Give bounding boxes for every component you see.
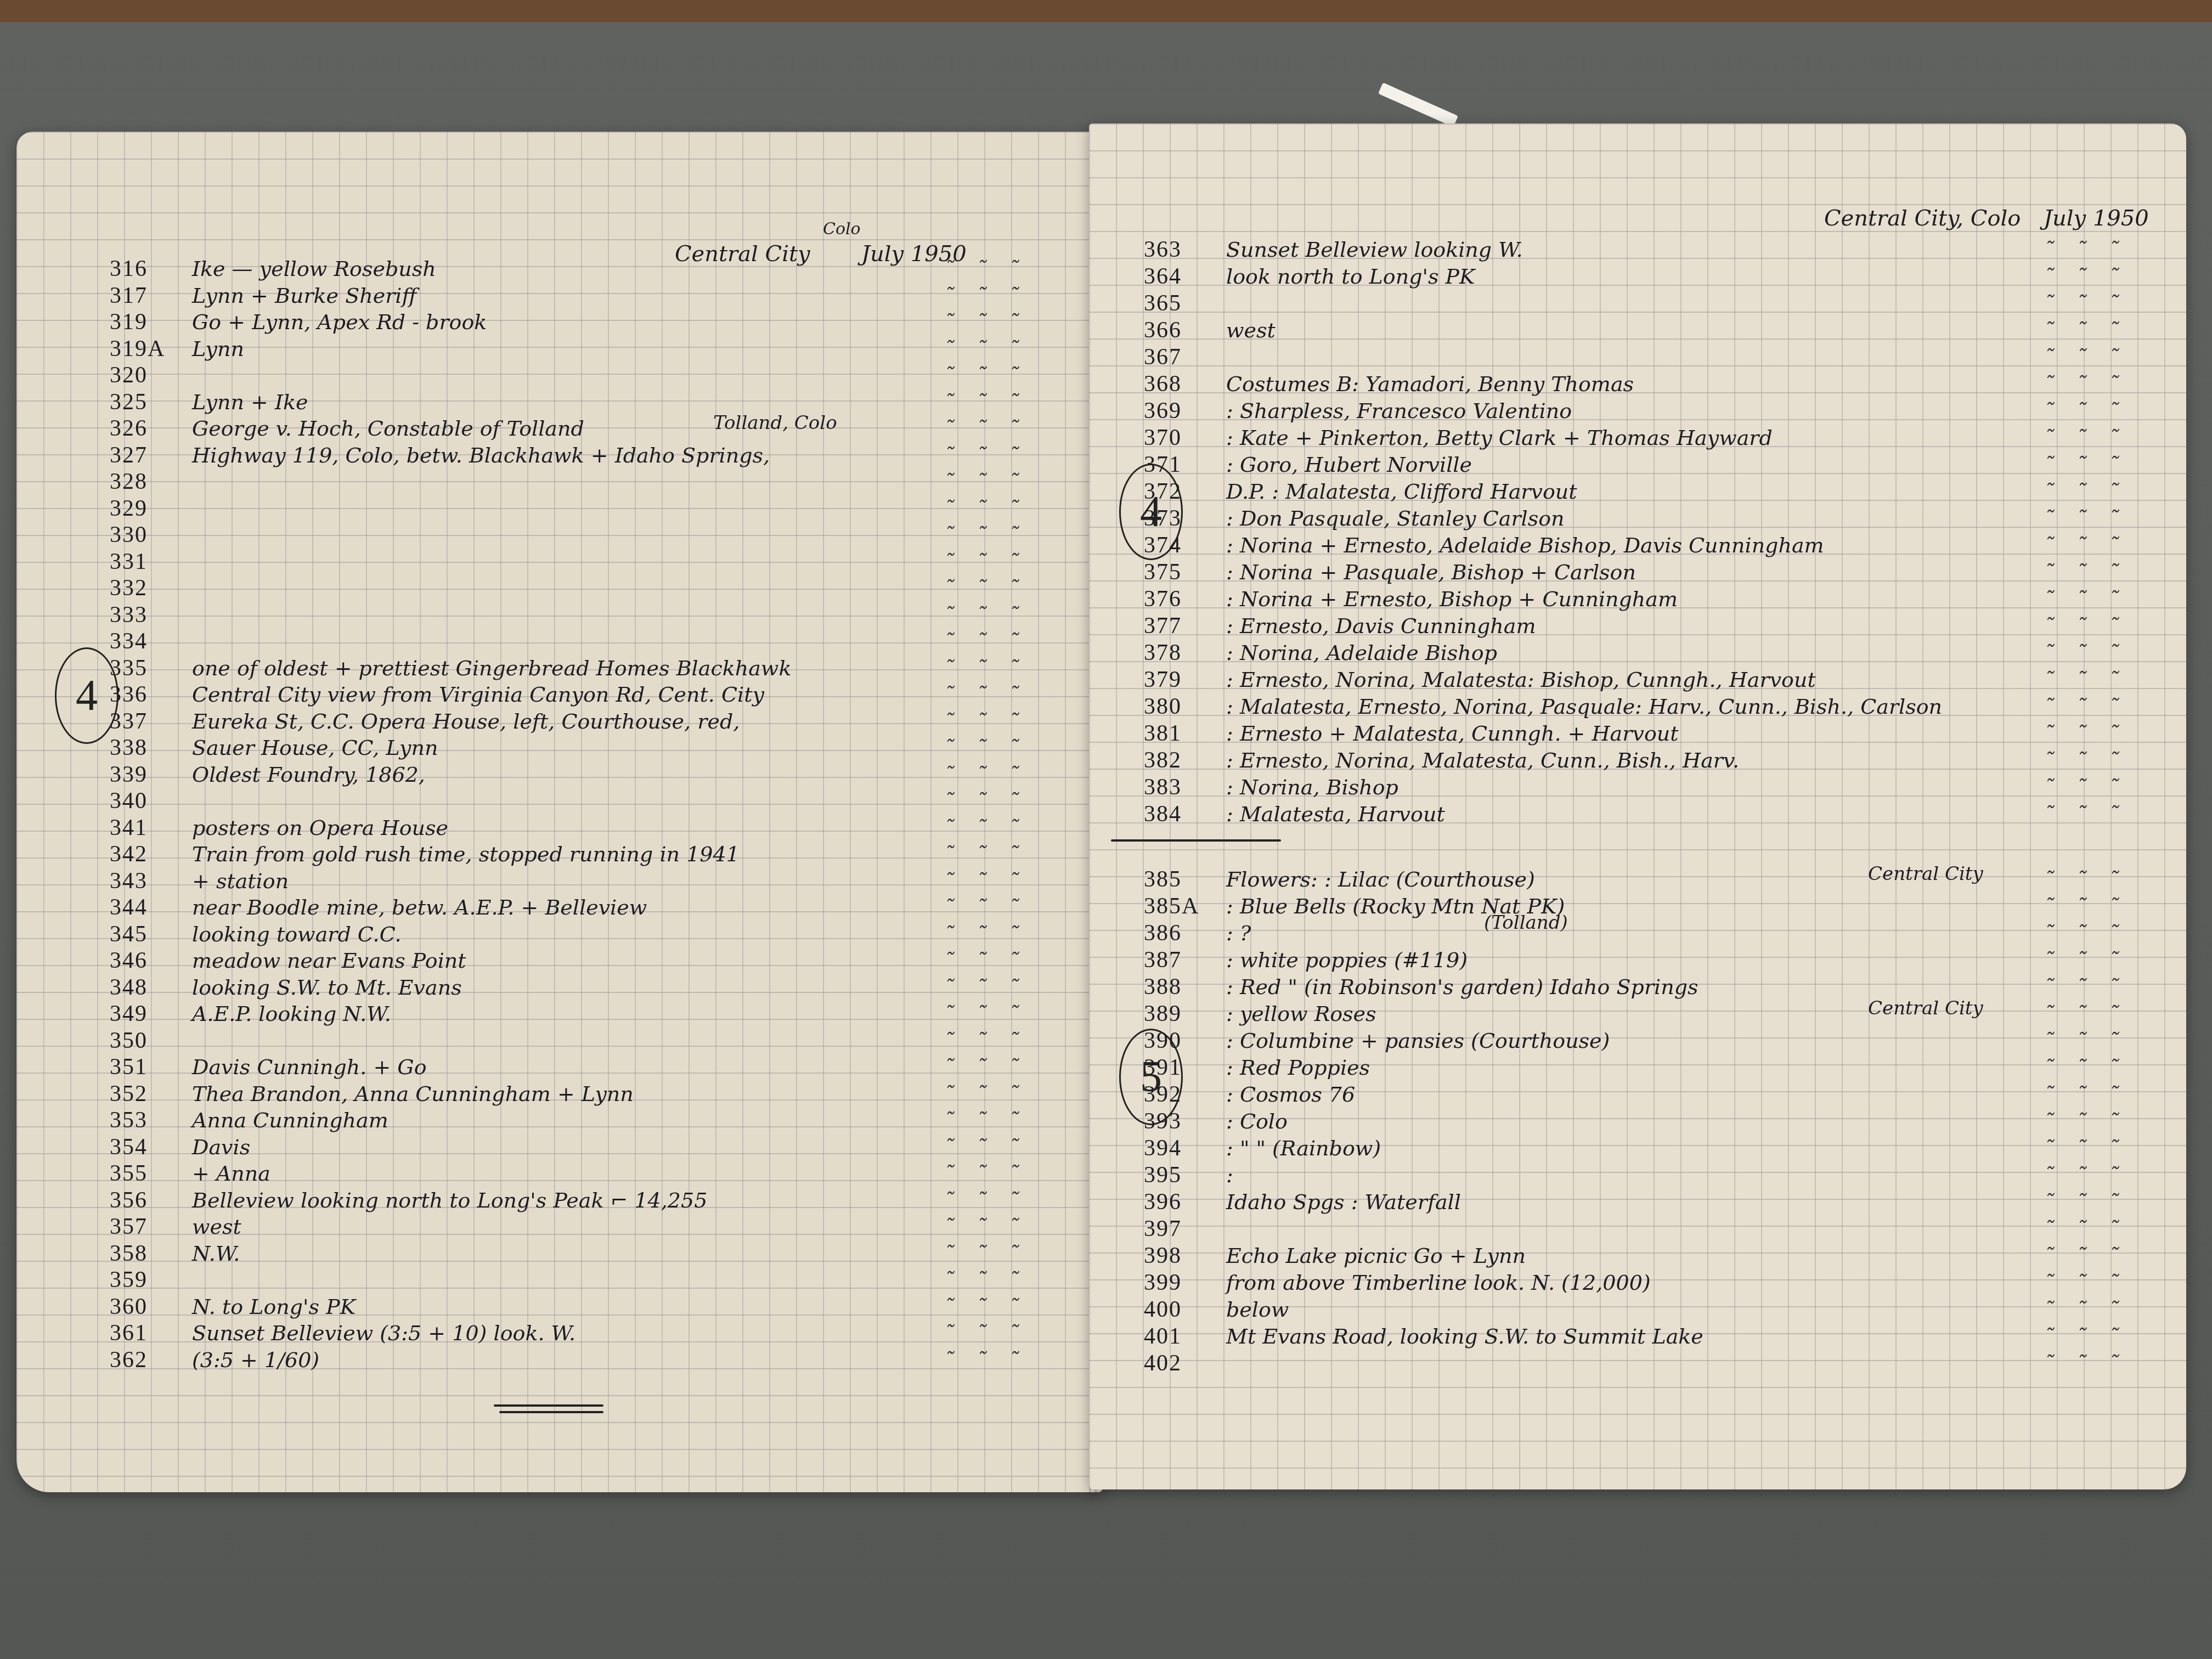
entry-description: : Ernesto + Malatesta, Cunngh. + Harvout xyxy=(1226,720,1679,747)
log-entry: 367˜˜˜ xyxy=(1144,343,2164,371)
entry-number: 356 xyxy=(110,1187,187,1214)
entry-number: 327 xyxy=(110,442,187,469)
entry-number: 364 xyxy=(1144,263,1221,290)
log-entry: 327Highway 119, Colo, betw. Blackhawk + … xyxy=(110,442,1086,469)
entry-description: Flowers: : Lilac (Courthouse) xyxy=(1226,866,1535,893)
ditto-marks: ˜˜˜ xyxy=(2044,800,2141,828)
log-entry: 348looking S.W. to Mt. Evans˜˜˜ xyxy=(110,974,1086,1001)
entry-location: Central City xyxy=(1868,860,1983,888)
entry-number: 386 xyxy=(1144,919,1221,947)
entry-number: 385A xyxy=(1144,893,1221,920)
entry-number: 376 xyxy=(1144,585,1221,613)
log-entry: 360N. to Long's PK˜˜˜ xyxy=(110,1293,1086,1321)
ditto-marks: ˜˜˜ xyxy=(2044,585,2141,613)
entry-number: 350 xyxy=(110,1027,187,1054)
entry-number: 344 xyxy=(110,894,187,921)
entry-description: + Anna xyxy=(192,1160,270,1187)
log-entry: 399from above Timberline look. N. (12,00… xyxy=(1144,1269,2164,1296)
ditto-marks: ˜˜˜ xyxy=(2044,1000,2141,1028)
entry-number: 360 xyxy=(110,1293,187,1321)
entry-description: : Malatesta, Ernesto, Norina, Pasquale: … xyxy=(1226,693,1942,720)
entry-description: Central City view from Virginia Canyon R… xyxy=(192,681,764,708)
ditto-marks: ˜˜˜ xyxy=(2044,397,2141,425)
ditto-marks: ˜˜˜ xyxy=(944,1027,1041,1054)
ditto-marks: ˜˜˜ xyxy=(2044,343,2141,371)
log-entry: 337Eureka St, C.C. Opera House, left, Co… xyxy=(110,708,1086,735)
entry-description: look north to Long's PK xyxy=(1226,263,1475,290)
entry-number: 391 xyxy=(1144,1054,1221,1081)
entry-number: 374 xyxy=(1144,532,1221,559)
entry-description: : Colo xyxy=(1226,1108,1288,1135)
double-underline xyxy=(494,1404,603,1407)
entry-number: 338 xyxy=(110,734,187,761)
log-entry: 383: Norina, Bishop˜˜˜ xyxy=(1144,774,2164,801)
entry-description: Ike — yellow Rosebush xyxy=(192,255,436,283)
wooden-edge xyxy=(0,0,2212,22)
ditto-marks: ˜˜˜ xyxy=(2044,1108,2141,1135)
entry-description: Lynn + Ike xyxy=(192,388,308,416)
ditto-marks: ˜˜˜ xyxy=(944,894,1041,921)
entry-number: 369 xyxy=(1144,397,1221,425)
ditto-marks: ˜˜˜ xyxy=(944,761,1041,788)
log-entry: 402˜˜˜ xyxy=(1144,1350,2164,1377)
entry-number: 380 xyxy=(1144,693,1221,720)
entry-description: : Ernesto, Norina, Malatesta, Cunn., Bis… xyxy=(1226,747,1739,774)
entry-description: meadow near Evans Point xyxy=(192,947,466,974)
entry-number: 354 xyxy=(110,1133,187,1161)
ditto-marks: ˜˜˜ xyxy=(944,947,1041,974)
entry-description: from above Timberline look. N. (12,000) xyxy=(1226,1269,1651,1296)
entry-number: 390 xyxy=(1144,1027,1221,1054)
entry-number: 384 xyxy=(1144,800,1221,828)
entry-description: A.E.P. looking N.W. xyxy=(192,1000,391,1028)
entry-number: 319 xyxy=(110,308,187,336)
entry-description: : yellow Roses xyxy=(1226,1000,1376,1028)
section-divider xyxy=(1111,839,1281,842)
entry-number: 382 xyxy=(1144,747,1221,774)
entry-number: 392 xyxy=(1144,1081,1221,1108)
entry-description: : Red Poppies xyxy=(1226,1054,1370,1081)
entry-number: 400 xyxy=(1144,1296,1221,1323)
log-entry: 395:˜˜˜ xyxy=(1144,1161,2164,1189)
entry-description: Idaho Spgs : Waterfall xyxy=(1226,1188,1461,1216)
margin-circle-4: 4 xyxy=(55,647,119,744)
entry-number: 355 xyxy=(110,1160,187,1187)
entry-number: 370 xyxy=(1144,424,1221,452)
log-entry: 400below˜˜˜ xyxy=(1144,1296,2164,1323)
log-entry: 373: Don Pasquale, Stanley Carlson˜˜˜ xyxy=(1144,505,2164,532)
entry-number: 383 xyxy=(1144,774,1221,801)
left-header-colo: Colo xyxy=(823,219,861,239)
ditto-marks: ˜˜˜ xyxy=(2044,370,2141,398)
ditto-marks: ˜˜˜ xyxy=(2044,639,2141,667)
ditto-marks: ˜˜˜ xyxy=(944,1346,1041,1374)
entry-number: 328 xyxy=(110,468,187,495)
entry-number: 326 xyxy=(110,415,187,442)
entry-description: : Norina, Bishop xyxy=(1226,774,1398,801)
log-entry: 342Train from gold rush time, stopped ru… xyxy=(110,840,1086,868)
log-entry: 377: Ernesto, Davis Cunningham˜˜˜ xyxy=(1144,612,2164,640)
entry-description: : Norina + Ernesto, Adelaide Bishop, Dav… xyxy=(1226,532,1824,559)
log-entry: 391: Red Poppies˜˜˜ xyxy=(1144,1054,2164,1081)
ditto-marks: ˜˜˜ xyxy=(944,255,1041,283)
log-entry: 316Ike — yellow Rosebush˜˜˜ xyxy=(110,255,1086,283)
log-entry: 372D.P. : Malatesta, Clifford Harvout˜˜˜ xyxy=(1144,478,2164,505)
ditto-marks: ˜˜˜ xyxy=(944,495,1041,522)
entry-description: looking toward C.C. xyxy=(192,921,401,948)
log-entry: 376: Norina + Ernesto, Bishop + Cunningh… xyxy=(1144,585,2164,613)
entry-description: west xyxy=(1226,317,1276,344)
log-entry: 387: white poppies (#119)˜˜˜ xyxy=(1144,946,2164,974)
ditto-marks: ˜˜˜ xyxy=(2044,1027,2141,1054)
entry-number: 393 xyxy=(1144,1108,1221,1135)
entry-description: : Sharpless, Francesco Valentino xyxy=(1226,397,1572,425)
entry-number: 363 xyxy=(1144,236,1221,263)
entry-description: Anna Cunningham xyxy=(192,1107,388,1134)
entry-number: 401 xyxy=(1144,1323,1221,1350)
entry-number: 375 xyxy=(1144,558,1221,586)
log-entry: 336Central City view from Virginia Canyo… xyxy=(110,681,1086,708)
ditto-marks: ˜˜˜ xyxy=(2044,1188,2141,1216)
ditto-marks: ˜˜˜ xyxy=(944,308,1041,336)
ditto-marks: ˜˜˜ xyxy=(944,921,1041,948)
entry-number: 373 xyxy=(1144,505,1221,532)
entry-number: 336 xyxy=(110,681,187,708)
log-entry: 350˜˜˜ xyxy=(110,1027,1086,1054)
log-entry: 365˜˜˜ xyxy=(1144,290,2164,317)
ditto-marks: ˜˜˜ xyxy=(2044,774,2141,801)
entry-number: 349 xyxy=(110,1000,187,1028)
ditto-marks: ˜˜˜ xyxy=(2044,558,2141,586)
entry-description: Costumes B: Yamadori, Benny Thomas xyxy=(1226,370,1634,398)
ditto-marks: ˜˜˜ xyxy=(944,840,1041,868)
log-entry: 398Echo Lake picnic Go + Lynn˜˜˜ xyxy=(1144,1242,2164,1269)
entry-description: : " " (Rainbow) xyxy=(1226,1135,1381,1162)
ditto-marks: ˜˜˜ xyxy=(2044,532,2141,559)
entry-description: west xyxy=(192,1213,241,1240)
log-entry: 325Lynn + Ike˜˜˜ xyxy=(110,388,1086,416)
entry-description: Go + Lynn, Apex Rd - brook xyxy=(192,308,487,336)
log-entry: 386: ?˜˜˜ xyxy=(1144,919,2164,947)
log-entry: 332˜˜˜ xyxy=(110,574,1086,602)
entry-description: + station xyxy=(192,867,289,895)
entry-description: : Red " (in Robinson's garden) Idaho Spr… xyxy=(1226,973,1699,1001)
entry-description: : Norina + Pasquale, Bishop + Carlson xyxy=(1226,558,1636,586)
log-entry: 366west˜˜˜ xyxy=(1144,317,2164,344)
ditto-marks: ˜˜˜ xyxy=(2044,1323,2141,1350)
entry-description: N. to Long's PK xyxy=(192,1293,356,1321)
log-entry: 380: Malatesta, Ernesto, Norina, Pasqual… xyxy=(1144,693,2164,720)
ditto-marks: ˜˜˜ xyxy=(2044,919,2141,947)
ditto-marks: ˜˜˜ xyxy=(2044,612,2141,640)
entry-description: N.W. xyxy=(192,1240,240,1267)
entry-description: : Norina + Ernesto, Bishop + Cunningham xyxy=(1226,585,1678,613)
log-entry: 338Sauer House, CC, Lynn˜˜˜ xyxy=(110,734,1086,761)
log-entry: 334˜˜˜ xyxy=(110,628,1086,655)
log-entry: 355+ Anna˜˜˜ xyxy=(110,1160,1086,1187)
entry-description: Echo Lake picnic Go + Lynn xyxy=(1226,1242,1526,1269)
entry-number: 359 xyxy=(110,1266,187,1294)
log-entry: 401Mt Evans Road, looking S.W. to Summit… xyxy=(1144,1323,2164,1350)
ditto-marks: ˜˜˜ xyxy=(944,521,1041,549)
entry-number: 325 xyxy=(110,388,187,416)
entry-number: 394 xyxy=(1144,1135,1221,1162)
ditto-marks: ˜˜˜ xyxy=(2044,263,2141,290)
entry-number: 372 xyxy=(1144,478,1221,505)
log-entry: 392: Cosmos 76˜˜˜ xyxy=(1144,1081,2164,1108)
entry-number: 362 xyxy=(110,1346,187,1374)
entry-number: 330 xyxy=(110,521,187,549)
ditto-marks: ˜˜˜ xyxy=(944,1319,1041,1347)
log-entry: 397˜˜˜ xyxy=(1144,1215,2164,1243)
ditto-marks: ˜˜˜ xyxy=(2044,1350,2141,1377)
ditto-marks: ˜˜˜ xyxy=(2044,1081,2141,1108)
log-entry: 370: Kate + Pinkerton, Betty Clark + Tho… xyxy=(1144,424,2164,452)
entry-number: 402 xyxy=(1144,1350,1221,1377)
entry-number: 353 xyxy=(110,1107,187,1134)
ditto-marks: ˜˜˜ xyxy=(944,814,1041,842)
entry-description: : Goro, Hubert Norville xyxy=(1226,451,1472,478)
entry-number: 367 xyxy=(1144,343,1221,371)
log-entry: 319ALynn˜˜˜ xyxy=(110,335,1086,363)
log-entry: 379: Ernesto, Norina, Malatesta: Bishop,… xyxy=(1144,666,2164,693)
ditto-marks: ˜˜˜ xyxy=(944,335,1041,363)
entry-description: Lynn + Burke Sheriff xyxy=(192,282,416,309)
entry-description: Eureka St, C.C. Opera House, left, Court… xyxy=(192,708,740,735)
ditto-marks: ˜˜˜ xyxy=(2044,973,2141,1001)
ditto-marks: ˜˜˜ xyxy=(944,734,1041,761)
right-header-date: July 1950 xyxy=(2044,206,2149,231)
entry-description: D.P. : Malatesta, Clifford Harvout xyxy=(1226,478,1577,505)
entry-number: 368 xyxy=(1144,370,1221,398)
log-entry: 358N.W.˜˜˜ xyxy=(110,1240,1086,1267)
entry-number: 398 xyxy=(1144,1242,1221,1269)
ditto-marks: ˜˜˜ xyxy=(944,415,1041,442)
entry-description: : Kate + Pinkerton, Betty Clark + Thomas… xyxy=(1226,424,1773,452)
log-entry: 333˜˜˜ xyxy=(110,601,1086,629)
entry-number: 366 xyxy=(1144,317,1221,344)
ditto-marks: ˜˜˜ xyxy=(2044,424,2141,452)
entry-description: Sauer House, CC, Lynn xyxy=(192,734,438,761)
entry-number: 371 xyxy=(1144,451,1221,478)
entry-description: : Norina, Adelaide Bishop xyxy=(1226,639,1497,667)
ditto-marks: ˜˜˜ xyxy=(944,1080,1041,1108)
ditto-marks: ˜˜˜ xyxy=(944,787,1041,815)
entry-description: : Don Pasquale, Stanley Carlson xyxy=(1226,505,1565,532)
log-entry: 361Sunset Belleview (3:5 + 10) look. W.˜… xyxy=(110,1319,1086,1347)
entry-number: 320 xyxy=(110,362,187,389)
log-entry: 359˜˜˜ xyxy=(110,1266,1086,1294)
entry-number: 395 xyxy=(1144,1161,1221,1189)
entry-description: Davis Cunningh. + Go xyxy=(192,1053,427,1081)
entry-number: 351 xyxy=(110,1053,187,1081)
log-entry: 374: Norina + Ernesto, Adelaide Bishop, … xyxy=(1144,532,2164,559)
log-entry: 328˜˜˜ xyxy=(110,468,1086,495)
entry-description: : ? xyxy=(1226,919,1251,947)
entry-number: 385 xyxy=(1144,866,1221,893)
entry-number: 388 xyxy=(1144,973,1221,1001)
entry-description: Thea Brandon, Anna Cunningham + Lynn xyxy=(192,1080,634,1108)
ditto-marks: ˜˜˜ xyxy=(944,574,1041,602)
log-entry: 388: Red " (in Robinson's garden) Idaho … xyxy=(1144,973,2164,1001)
entry-number: 348 xyxy=(110,974,187,1001)
log-entry: 339Oldest Foundry, 1862,˜˜˜ xyxy=(110,761,1086,788)
log-entry: 345looking toward C.C.˜˜˜ xyxy=(110,921,1086,948)
entry-number: 340 xyxy=(110,787,187,815)
log-entry: 335one of oldest + prettiest Gingerbread… xyxy=(110,654,1086,682)
entry-description: below xyxy=(1226,1296,1289,1323)
log-entry: 346meadow near Evans Point˜˜˜ xyxy=(110,947,1086,974)
log-entry: 356Belleview looking north to Long's Pea… xyxy=(110,1187,1086,1214)
entry-description: Davis xyxy=(192,1133,250,1161)
entry-number: 316 xyxy=(110,255,187,283)
log-entry: 352Thea Brandon, Anna Cunningham + Lynn˜… xyxy=(110,1080,1086,1108)
entry-number: 399 xyxy=(1144,1269,1221,1296)
right-page: Central City, Colo July 1950 4 5 363Suns… xyxy=(1089,123,2186,1489)
entry-number: 335 xyxy=(110,654,187,682)
entry-description: near Boodle mine, betw. A.E.P. + Bellevi… xyxy=(192,894,647,921)
entry-number: 352 xyxy=(110,1080,187,1108)
ditto-marks: ˜˜˜ xyxy=(944,442,1041,469)
entry-number: 346 xyxy=(110,947,187,974)
ditto-marks: ˜˜˜ xyxy=(944,1000,1041,1028)
entry-description: George v. Hoch, Constable of Tolland xyxy=(192,415,584,442)
log-entry: 375: Norina + Pasquale, Bishop + Carlson… xyxy=(1144,558,2164,586)
entry-number: 378 xyxy=(1144,639,1221,667)
log-entry: 390: Columbine + pansies (Courthouse)˜˜˜ xyxy=(1144,1027,2164,1054)
log-entry: 329˜˜˜ xyxy=(110,495,1086,522)
log-entry: 354Davis˜˜˜ xyxy=(110,1133,1086,1161)
ditto-marks: ˜˜˜ xyxy=(2044,747,2141,774)
log-entry: 385Flowers: : Lilac (Courthouse)˜˜˜Centr… xyxy=(1144,866,2164,893)
ditto-marks: ˜˜˜ xyxy=(944,1293,1041,1321)
entry-number: 361 xyxy=(110,1319,187,1347)
double-underline-2 xyxy=(499,1411,603,1413)
ditto-marks: ˜˜˜ xyxy=(944,1240,1041,1267)
entry-number: 341 xyxy=(110,814,187,842)
entry-number: 381 xyxy=(1144,720,1221,747)
ditto-marks: ˜˜˜ xyxy=(2044,236,2141,263)
entry-description: : Columbine + pansies (Courthouse) xyxy=(1226,1027,1610,1054)
entry-number: 333 xyxy=(110,601,187,629)
entry-number: 387 xyxy=(1144,946,1221,974)
ditto-marks: ˜˜˜ xyxy=(944,1187,1041,1214)
entry-description: Train from gold rush time, stopped runni… xyxy=(192,840,740,868)
entry-number: 343 xyxy=(110,867,187,895)
log-entry: 394: " " (Rainbow)˜˜˜ xyxy=(1144,1135,2164,1162)
entry-number: 319A xyxy=(110,335,187,363)
entry-description: : white poppies (#119) xyxy=(1226,946,1468,974)
log-entry: 384: Malatesta, Harvout˜˜˜ xyxy=(1144,800,2164,828)
log-entry: 363Sunset Belleview looking W.˜˜˜ xyxy=(1144,236,2164,263)
log-entry: 382: Ernesto, Norina, Malatesta, Cunn., … xyxy=(1144,747,2164,774)
log-entry: 341posters on Opera House˜˜˜ xyxy=(110,814,1086,842)
entry-number: 337 xyxy=(110,708,187,735)
log-entry: 368Costumes B: Yamadori, Benny Thomas˜˜˜ xyxy=(1144,370,2164,398)
ditto-marks: ˜˜˜ xyxy=(2044,866,2141,893)
log-entry: 344near Boodle mine, betw. A.E.P. + Bell… xyxy=(110,894,1086,921)
ditto-marks: ˜˜˜ xyxy=(944,1133,1041,1161)
entry-location: Tolland, Colo xyxy=(713,409,837,437)
entry-description: Sunset Belleview (3:5 + 10) look. W. xyxy=(192,1319,575,1347)
entry-description: (3:5 + 1/60) xyxy=(192,1346,319,1374)
log-entry: 369: Sharpless, Francesco Valentino˜˜˜ xyxy=(1144,397,2164,425)
log-entry: 349A.E.P. looking N.W.˜˜˜ xyxy=(110,1000,1086,1028)
entry-number: 379 xyxy=(1144,666,1221,693)
log-entry: 357west˜˜˜ xyxy=(110,1213,1086,1240)
entry-description: Highway 119, Colo, betw. Blackhawk + Ida… xyxy=(192,442,770,469)
log-entry: 317Lynn + Burke Sheriff˜˜˜ xyxy=(110,282,1086,309)
ditto-marks: ˜˜˜ xyxy=(944,867,1041,895)
log-entry: 381: Ernesto + Malatesta, Cunngh. + Harv… xyxy=(1144,720,2164,747)
log-entry: 378: Norina, Adelaide Bishop˜˜˜ xyxy=(1144,639,2164,667)
entry-number: 329 xyxy=(110,495,187,522)
entry-number: 358 xyxy=(110,1240,187,1267)
entry-number: 397 xyxy=(1144,1215,1221,1243)
ditto-marks: ˜˜˜ xyxy=(2044,290,2141,317)
log-entry: 396Idaho Spgs : Waterfall˜˜˜ xyxy=(1144,1188,2164,1216)
entry-number: 342 xyxy=(110,840,187,868)
entry-number: 339 xyxy=(110,761,187,788)
ditto-marks: ˜˜˜ xyxy=(944,282,1041,309)
entry-number: 332 xyxy=(110,574,187,602)
ditto-marks: ˜˜˜ xyxy=(944,548,1041,575)
ditto-marks: ˜˜˜ xyxy=(2044,946,2141,974)
ditto-marks: ˜˜˜ xyxy=(2044,1215,2141,1243)
ditto-marks: ˜˜˜ xyxy=(2044,478,2141,505)
entry-number: 317 xyxy=(110,282,187,309)
log-entry: 330˜˜˜ xyxy=(110,521,1086,549)
log-entry: 389: yellow Roses˜˜˜Central City xyxy=(1144,1000,2164,1028)
entry-number: 357 xyxy=(110,1213,187,1240)
log-entry: 319Go + Lynn, Apex Rd - brook˜˜˜ xyxy=(110,308,1086,336)
entry-description: Sunset Belleview looking W. xyxy=(1226,236,1523,263)
log-entry: 393: Colo˜˜˜ xyxy=(1144,1108,2164,1135)
log-entry: 351Davis Cunningh. + Go˜˜˜ xyxy=(110,1053,1086,1081)
entry-description: : Ernesto, Norina, Malatesta: Bishop, Cu… xyxy=(1226,666,1816,693)
log-entry: 326George v. Hoch, Constable of Tolland˜… xyxy=(110,415,1086,442)
entry-number: 389 xyxy=(1144,1000,1221,1028)
entry-description: posters on Opera House xyxy=(192,814,448,842)
ditto-marks: ˜˜˜ xyxy=(2044,1135,2141,1162)
ditto-marks: ˜˜˜ xyxy=(944,1266,1041,1294)
entry-description: one of oldest + prettiest Gingerbread Ho… xyxy=(192,654,791,682)
entry-location: Central City xyxy=(1868,995,1983,1022)
entry-number: 396 xyxy=(1144,1188,1221,1216)
ditto-marks: ˜˜˜ xyxy=(2044,451,2141,478)
ditto-marks: ˜˜˜ xyxy=(2044,893,2141,920)
ditto-marks: ˜˜˜ xyxy=(2044,666,2141,693)
ditto-marks: ˜˜˜ xyxy=(944,1160,1041,1187)
log-entry: 331˜˜˜ xyxy=(110,548,1086,575)
ditto-marks: ˜˜˜ xyxy=(944,654,1041,682)
log-entry: 340˜˜˜ xyxy=(110,787,1086,815)
log-entry: 353Anna Cunningham˜˜˜ xyxy=(110,1107,1086,1134)
entry-number: 334 xyxy=(110,628,187,655)
ditto-marks: ˜˜˜ xyxy=(944,628,1041,655)
entry-number: 377 xyxy=(1144,612,1221,640)
ditto-marks: ˜˜˜ xyxy=(944,1107,1041,1134)
ditto-marks: ˜˜˜ xyxy=(2044,505,2141,532)
entry-number: 345 xyxy=(110,921,187,948)
ditto-marks: ˜˜˜ xyxy=(944,362,1041,389)
ditto-marks: ˜˜˜ xyxy=(2044,1054,2141,1081)
ditto-marks: ˜˜˜ xyxy=(2044,1296,2141,1323)
entry-number: 331 xyxy=(110,548,187,575)
log-entry: 362(3:5 + 1/60)˜˜˜ xyxy=(110,1346,1086,1374)
right-header-place: Central City, Colo xyxy=(1824,206,2021,231)
log-entry: 364look north to Long's PK˜˜˜ xyxy=(1144,263,2164,290)
